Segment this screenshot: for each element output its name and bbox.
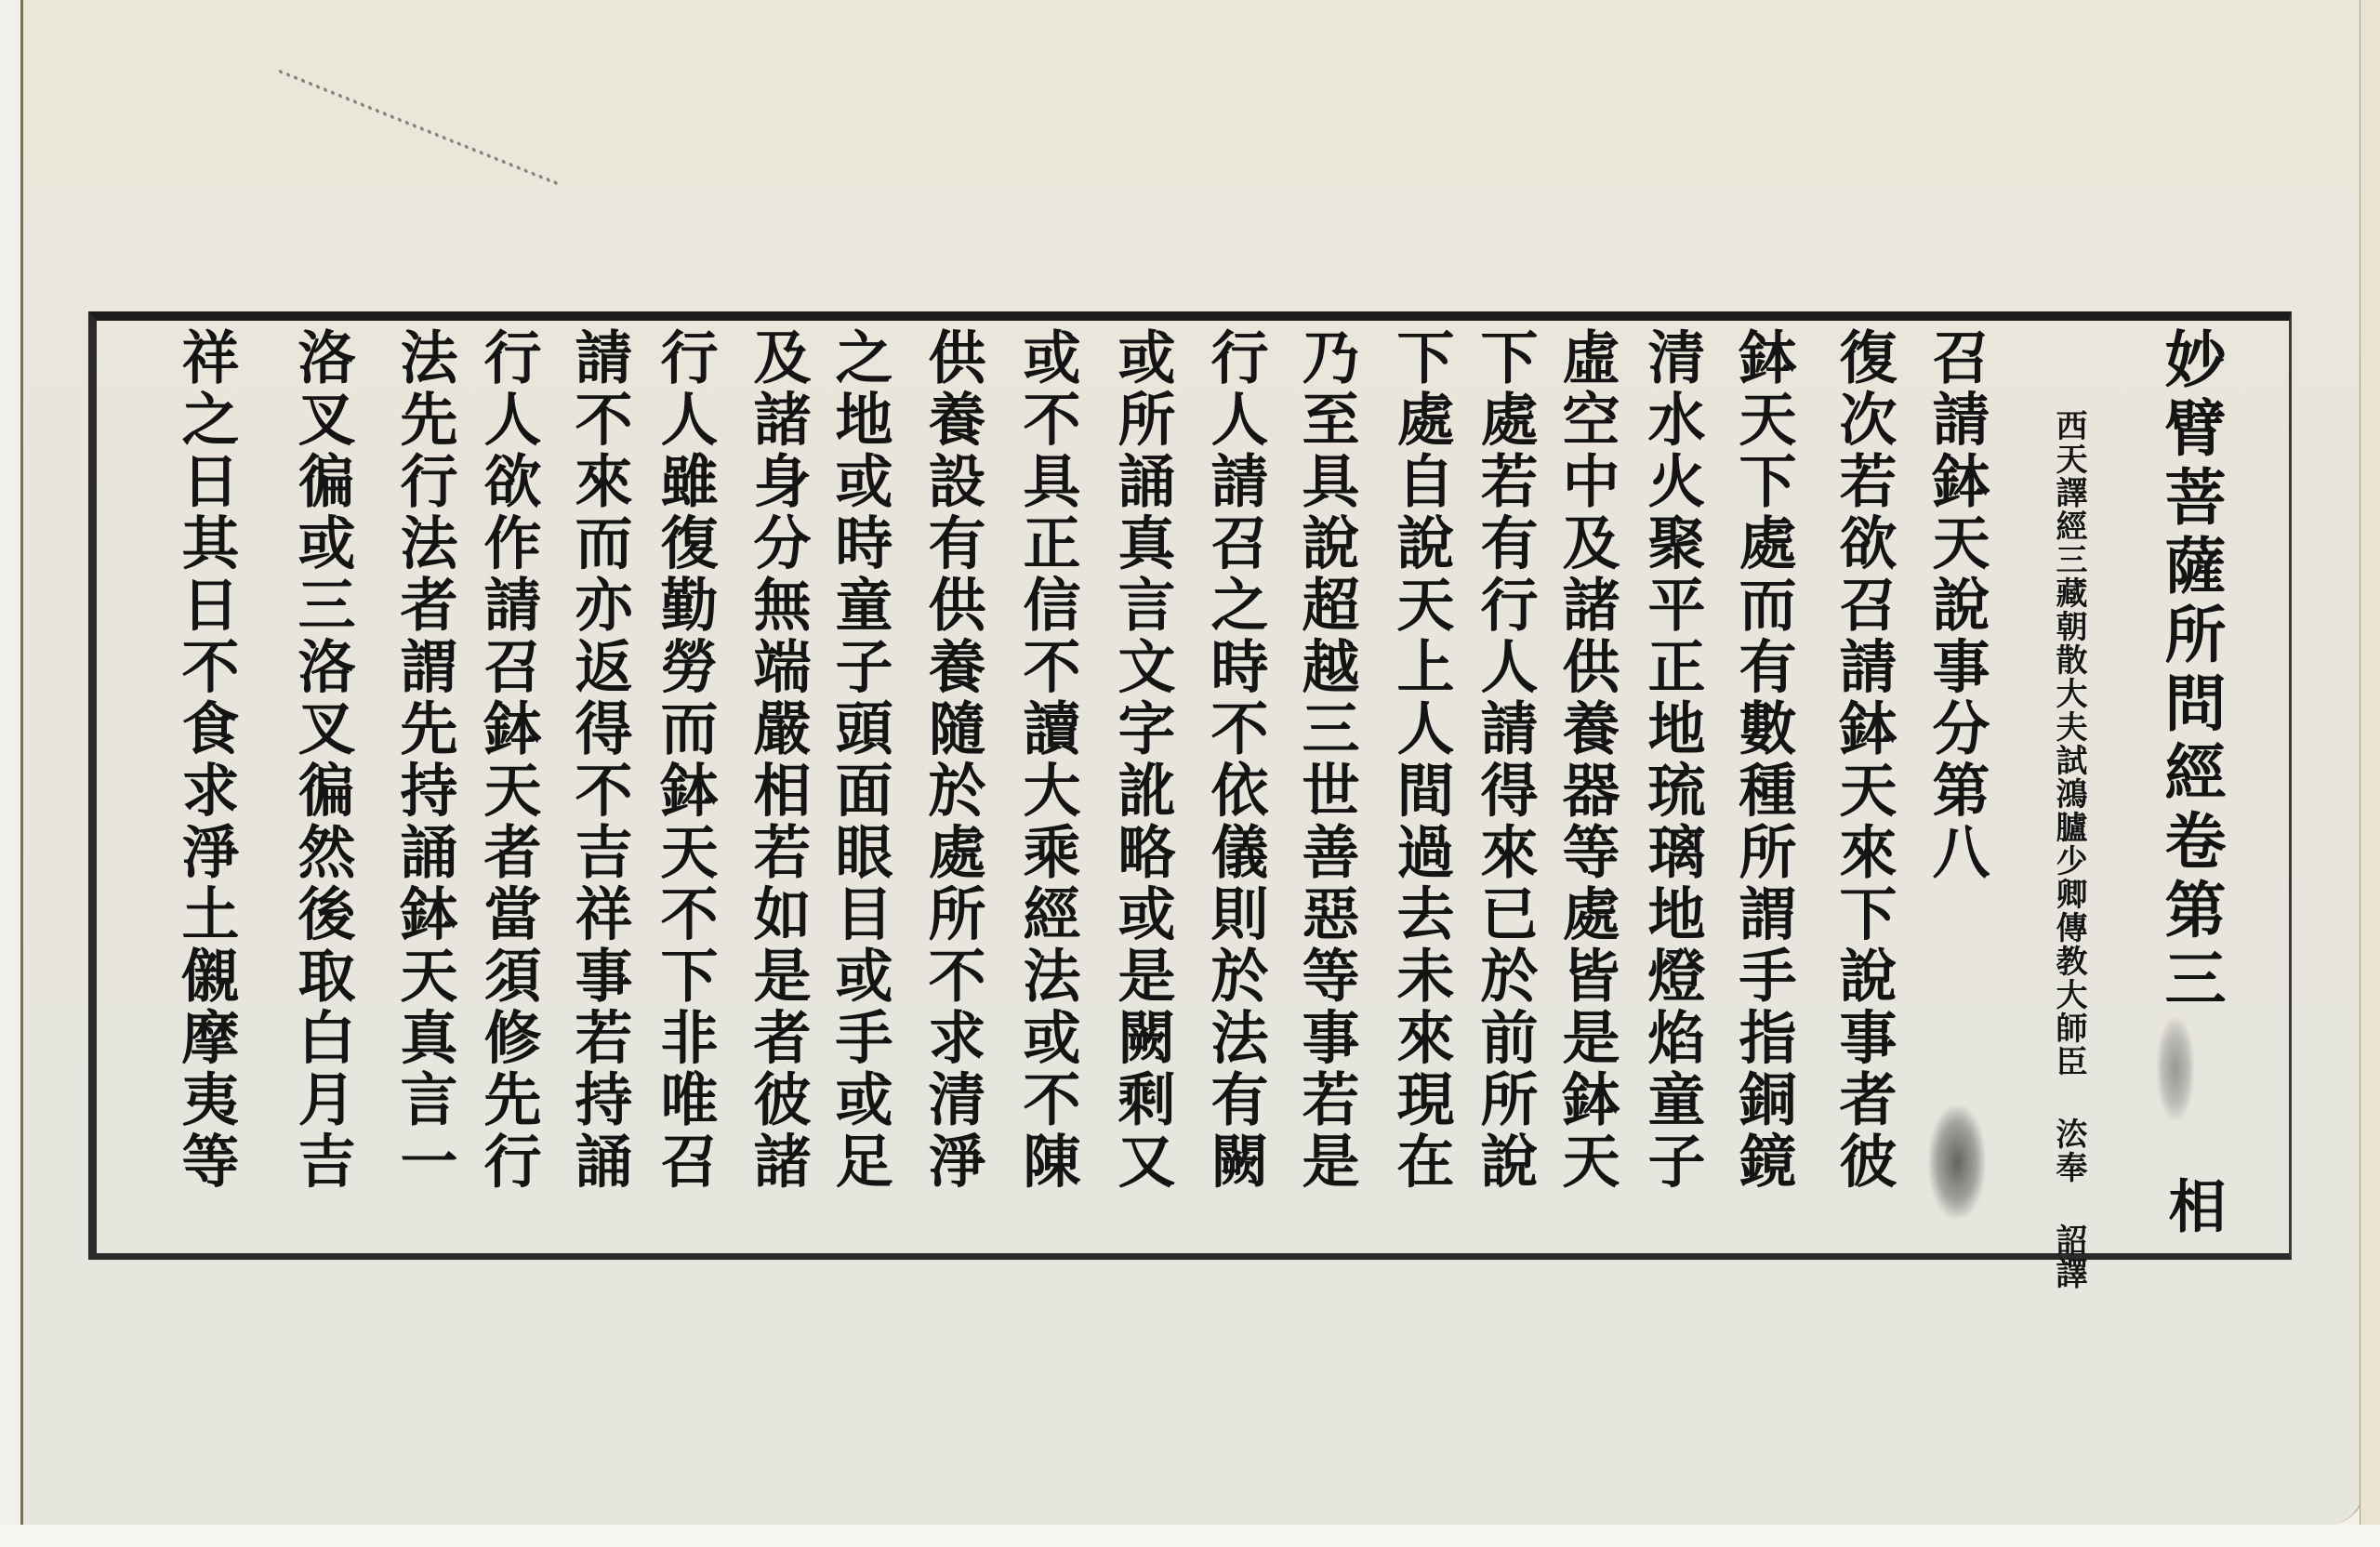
text-column: 復次若欲召請鉢天來下說事者彼	[1820, 327, 1906, 1193]
bottom-margin	[0, 1525, 2380, 1547]
text-column: 虛空中及諸供養器等處皆是鉢天	[1543, 327, 1629, 1193]
text-column: 或不具正信不讀大乘經法或不陳	[1004, 327, 1090, 1193]
faint-seal-mark	[2157, 1018, 2194, 1120]
text-column: 供養設有供養隨於處所不求清淨	[909, 327, 995, 1193]
text-column: 乃至具說超越三世善惡等事若是	[1283, 327, 1368, 1193]
scanned-page: 妙臂菩薩所問經卷第三 相 西天譯經三藏朝散大夫試鴻臚少卿傳教大師臣 㳒奉 詔譯 …	[0, 0, 2380, 1547]
margin-mark: 相	[2149, 1176, 2235, 1238]
text-column: 或所誦真言文字訛略或是闕剩又	[1099, 327, 1184, 1193]
text-column: 請不來而亦返得不吉祥事若持誦	[556, 327, 641, 1193]
text-column: 行人雖復勤勞而鉢天不下非唯召	[641, 327, 727, 1193]
text-column: 及諸身分無端嚴相若如是者彼諸	[734, 327, 820, 1193]
text-column: 之地或時童子頭面眼目或手或足	[816, 327, 902, 1193]
sutra-title: 妙臂菩薩所問經卷第三	[2148, 327, 2233, 1015]
text-column: 下處自說天上人間過去未來現在	[1378, 327, 1463, 1193]
translator-attribution: 西天譯經三藏朝散大夫試鴻臚少卿傳教大師臣 㳒奉 詔譯	[2045, 409, 2092, 1290]
ink-seal-mark	[1929, 1106, 1985, 1218]
page-right-edge	[2360, 0, 2380, 1547]
text-column: 下處若有行人請得來已於前所說	[1461, 327, 1547, 1193]
text-column: 鉢天下處而有數種所謂手指銅鏡	[1720, 327, 1805, 1193]
text-column: 法先行法者謂先持誦鉢天真言一	[381, 327, 467, 1193]
binding-edge	[20, 0, 23, 1525]
text-column: 行人請召之時不依儀則於法有闕	[1192, 327, 1277, 1193]
chapter-heading: 召請鉢天說事分第八	[1913, 327, 1999, 884]
text-column: 祥之日其日不食求淨土儭摩夷等	[163, 327, 248, 1193]
text-column: 清水火聚平正地琉璃地燈焰童子	[1629, 327, 1714, 1193]
text-column: 洛叉徧或三洛叉徧然後取白月吉	[279, 327, 364, 1193]
text-column: 行人欲作請召鉢天者當須修先行	[465, 327, 550, 1193]
